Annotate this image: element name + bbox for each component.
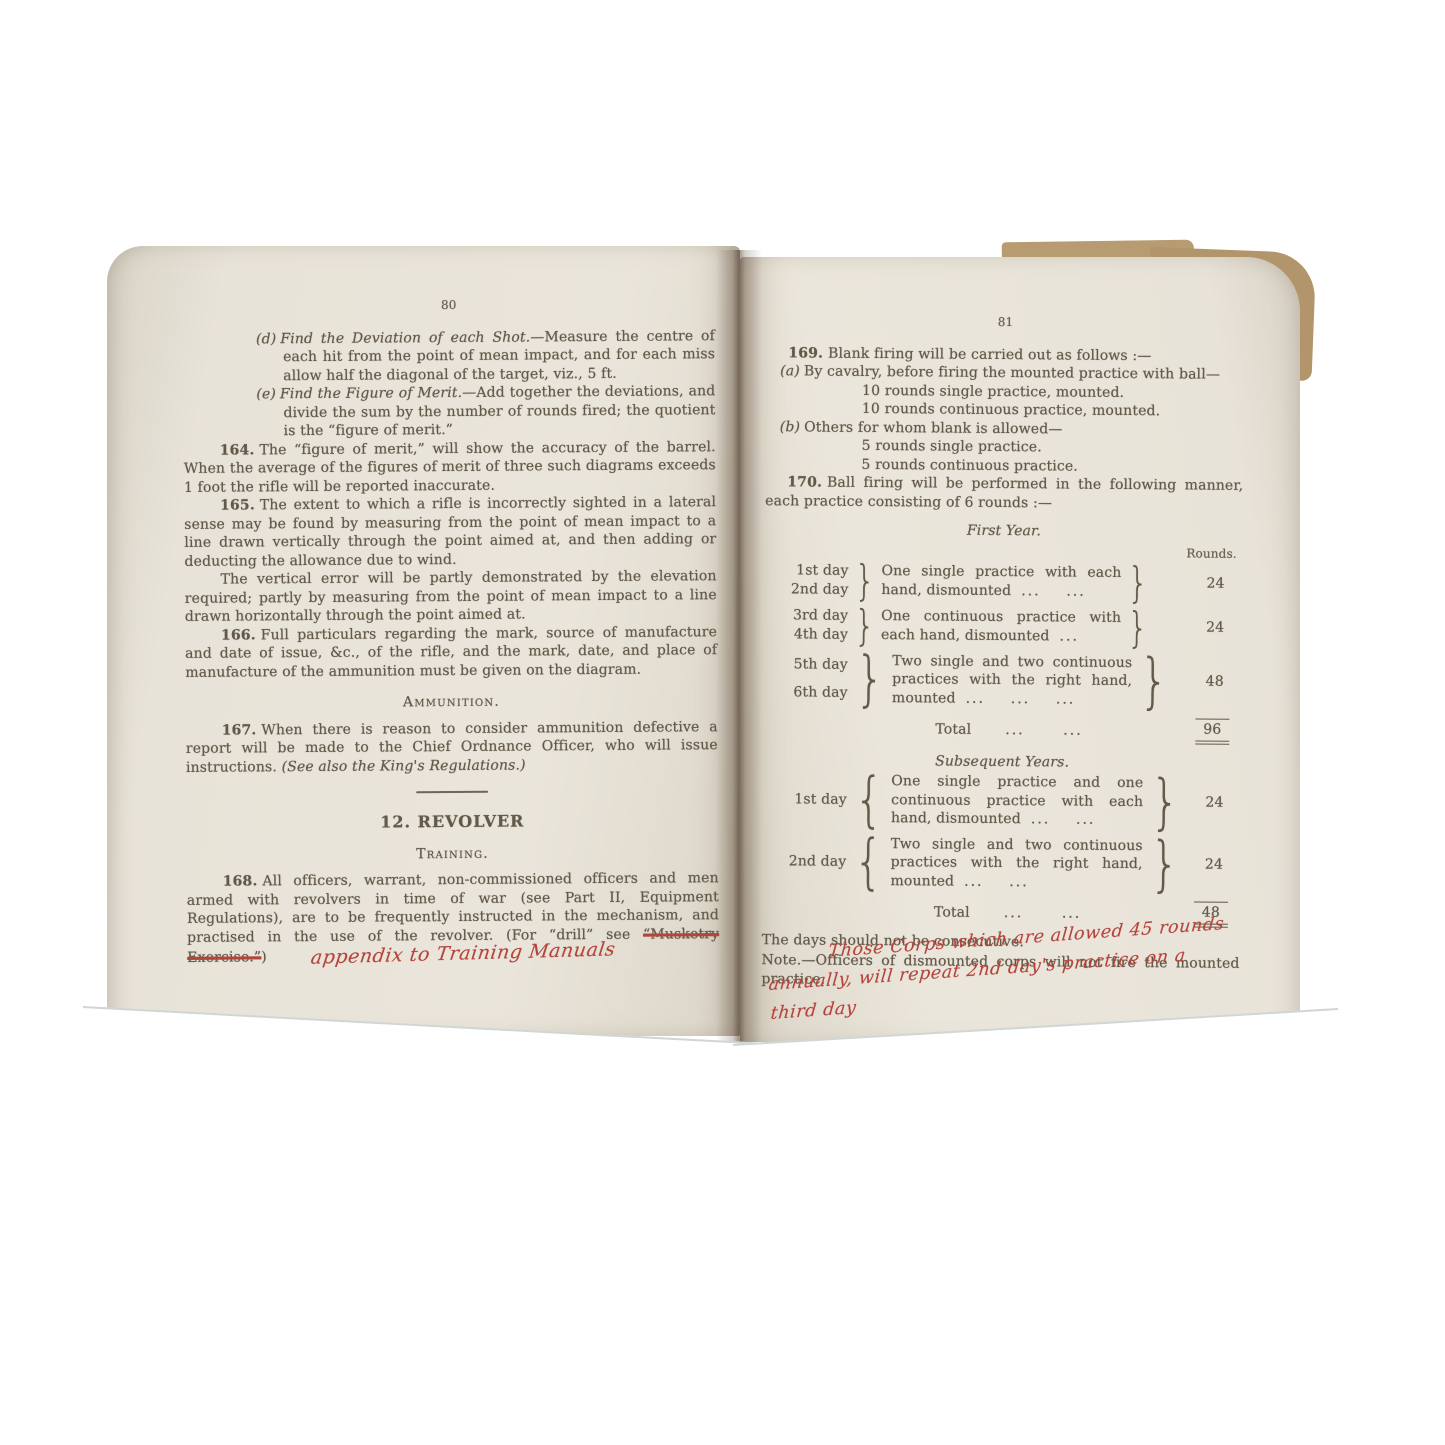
left-page-text: 80 (d)Find the Deviation of each Shot.—M… [183,294,720,967]
item-text: By cavalry, before firing the mounted pr… [804,363,1220,382]
day-label: 2nd day [762,852,846,871]
paragraph-text: The vertical error will be partly demons… [185,568,717,625]
list-item-b: (b)Others for whom blank is allowed— [766,418,1244,440]
practice-row: 3rd day 4th day } One continuous practic… [764,606,1242,648]
revolver-section-heading: 12. REVOLVER [186,811,718,833]
italic-lead: Find the Figure of Merit. [280,385,462,402]
day-label: 1st day [763,790,847,809]
paragraph-number: 165. [220,497,255,513]
day-labels: 1st day 2nd day [764,561,848,599]
paragraph-167: 167.When there is reason to consider amm… [186,718,718,777]
rounds-value: 24 [1187,856,1241,875]
paragraph-text: The “figure of merit,” will show the acc… [184,439,716,496]
paragraph-164: 164.The “figure of merit,” will show the… [184,438,716,497]
day-labels: 3rd day 4th day [764,606,848,644]
rounds-column-header: Rounds. [765,541,1237,563]
left-page-number: 80 [183,294,715,316]
italic-reference: (See also the King's Regulations.) [281,757,525,775]
day-label: 1st day [765,562,849,581]
day-label: 6th day [764,683,848,702]
right-page-text: 81 169.Blank firing will be carried out … [761,311,1244,992]
left-page: 80 (d)Find the Deviation of each Shot.—M… [107,246,740,1036]
description-text: One single practice and one continuous p… [891,773,1143,827]
paragraph-170: 170.Ball firing will be performed in the… [765,473,1243,514]
day-label: 3rd day [764,606,848,625]
paragraph-number: 170. [787,474,822,490]
total-value: 96 [1195,719,1229,745]
practice-description: One continuous practice with each hand, … [881,607,1121,646]
paragraph-166: 166.Full particulars regarding the mark,… [185,623,717,682]
day-label: 2nd day [764,580,848,599]
practice-description: One single practice with each hand, dism… [881,562,1121,601]
practice-description: Two single and two continuous practices … [890,835,1142,892]
section-divider [416,791,488,794]
brace-icon: { [854,773,883,827]
italic-lead: Find the Deviation of each Shot. [280,329,530,347]
dot-leaders: ... ... [1031,811,1096,828]
practice-description: Two single and two continuous practices … [892,652,1132,709]
item-label: (b) [780,419,800,435]
item-label: (d) [256,331,276,347]
brace-icon: } [855,652,884,706]
paragraph-text: The extent to which a rifle is incorrect… [184,494,716,569]
item-label: (a) [780,363,800,379]
practice-row: 1st day { One single practice and one co… [763,771,1241,830]
brace-icon: } [1128,564,1148,602]
dot-leaders: ... ... [964,873,1029,890]
dot-leaders: ... ... [1021,583,1086,600]
dot-leaders: ... [1060,628,1079,644]
brace-icon: { [854,835,883,889]
first-year-title: First Year. [765,520,1243,542]
rounds-value: 24 [1188,574,1242,593]
total-label: Total [935,720,971,739]
brace-icon: } [1151,775,1180,829]
paragraph-165-continued: The vertical error will be partly demons… [185,567,717,626]
first-year-total-row: Total ... ... 96 [763,715,1241,744]
sub-item: 10 rounds continuous practice, mounted. [862,400,1244,421]
description-text: One continuous practice with each hand, … [881,608,1121,644]
list-item-a: (a)By cavalry, before firing the mounted… [766,362,1244,384]
day-label: 5th day [764,656,848,675]
paragraph-item-e: (e)Find the Figure of Merit.—Add togethe… [183,382,715,441]
brace-icon: } [1127,609,1147,647]
book-photo: 80 (d)Find the Deviation of each Shot.—M… [0,0,1445,1445]
training-heading: Training. [186,843,718,865]
description-text: One single practice with each hand, dism… [881,563,1121,599]
close-paren: ) [261,949,267,965]
paragraph-text: All officers, warrant, non-commissioned … [187,870,719,945]
right-page-number: 81 [767,311,1245,333]
paragraph-number: 166. [221,627,256,643]
day-labels: 1st day [763,771,847,827]
brace-icon: } [1140,654,1169,708]
paragraph-165: 165.The extent to which a rifle is incor… [184,493,717,571]
total-label: Total [934,903,970,922]
paragraph-text: Blank firing will be carried out as foll… [828,345,1151,364]
paragraph-168: 168.All officers, warrant, non-commissio… [187,869,720,967]
practice-row: 1st day 2nd day } One single practice wi… [764,561,1242,603]
paragraph-number: 168. [223,873,258,889]
paragraph-number: 169. [788,345,823,361]
dot-leaders: ... ... ... [966,690,1076,707]
practice-row: 2nd day { Two single and two continuous … [762,834,1240,893]
paragraph-text: Full particulars regarding the mark, sou… [185,624,717,681]
brace-icon: } [1150,838,1179,892]
day-labels: 2nd day [762,834,846,890]
practice-description: One single practice and one continuous p… [891,772,1143,829]
rounds-value: 24 [1188,619,1242,638]
item-label: (e) [256,386,276,402]
rounds-value: 48 [1188,673,1242,692]
brace-icon: } [855,562,875,600]
paragraph-number: 164. [220,442,255,458]
rounds-value: 24 [1187,793,1241,812]
practice-row: 5th day 6th day } Two single and two con… [764,651,1242,710]
item-text: Others for whom blank is allowed— [804,419,1063,437]
ammunition-heading: Ammunition. [185,691,717,713]
paragraph-number: 167. [222,722,257,738]
brace-icon: } [854,607,874,645]
day-label: 4th day [764,625,848,644]
dot-leaders: ... ... [1005,721,1083,740]
day-labels: 5th day 6th day [764,651,848,707]
paragraph-text: Ball firing will be performed in the fol… [765,475,1243,511]
right-page: 81 169.Blank firing will be carried out … [740,257,1300,1042]
paragraph-item-d: (d)Find the Deviation of each Shot.—Meas… [183,327,715,386]
sub-item: 5 rounds single practice. [862,437,1244,458]
